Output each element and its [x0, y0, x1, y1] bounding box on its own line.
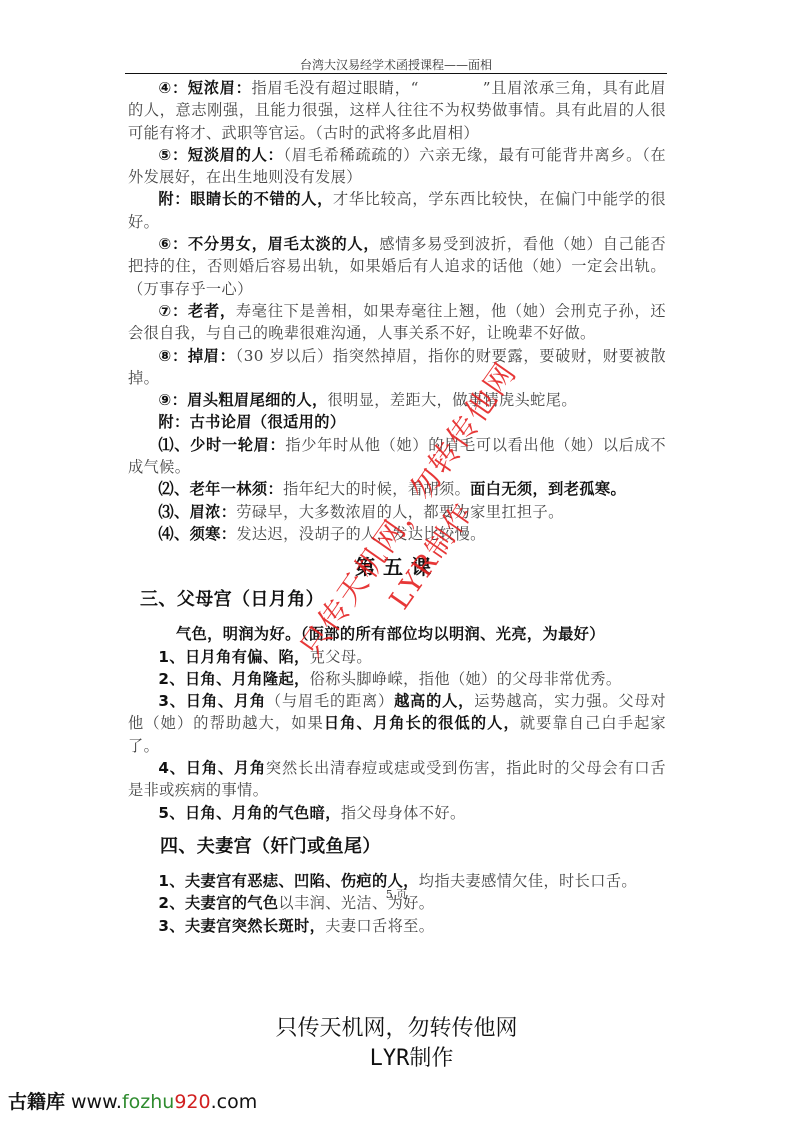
term: 掉眉：	[188, 347, 236, 365]
term: 须寒：	[190, 525, 237, 543]
term: 老年一林须：	[190, 480, 284, 498]
classic-item: ⑵、老年一林须：指年纪大的时候，看胡须。面白无须，到老孤寒。	[128, 478, 666, 500]
paragraph-thin-eyebrow: ⑥：不分男女，眉毛太淡的人，感情多易受到波折，看他（她）自己能否把持的住，否则婚…	[128, 233, 666, 300]
text: 劳碌早，大多数浓眉的人，都要为家里扛担子。	[236, 503, 563, 521]
term: 日角、月角长的很低的人，	[324, 714, 520, 732]
classic-item: ⑴、少时一轮眉：指少年时从他（她）的眉毛可以看出他（她）以后成不成气候。	[128, 434, 666, 479]
term: 4、日角、月角	[158, 759, 266, 777]
url-red: 920	[174, 1091, 210, 1113]
parents-item: 2、日角、月角隆起，俗称头脚峥嵘，指他（她）的父母非常优秀。	[128, 668, 666, 690]
site-name: 古籍库	[8, 1091, 65, 1113]
footer-line-1: 只传天机网，勿转传他网	[0, 1014, 793, 1044]
term: 2、日角、月角隆起，	[158, 670, 309, 688]
parents-palace-note: 气色，明润为好。（面部的所有部位均以明润、光亮，为最好）	[176, 623, 666, 645]
parents-item: 1、日月角有偏、陷，克父母。	[128, 646, 666, 668]
item-number: ⑵、	[158, 480, 189, 498]
text: 俗称头脚峥嵘，指他（她）的父母非常优秀。	[310, 670, 622, 688]
section-title-spouse-palace: 四、夫妻宫（奸门或鱼尾）	[160, 834, 666, 860]
paragraph-short-thin-eyebrow: ⑤：短淡眉的人：（眉毛希稀疏疏的）六亲无缘，最有可能背井离乡。（在外发展好，在出…	[128, 144, 666, 189]
text: 指眉毛没有超过眼睛，“	[252, 79, 419, 97]
term: 少时一轮眉：	[190, 436, 285, 454]
term: 附：眼睛长的不错的人，	[158, 190, 333, 208]
term: 短浓眉：	[188, 79, 252, 97]
paragraph-appendix-classics: 附：古书论眉（很适用的）	[128, 411, 666, 433]
text: 克父母。	[310, 648, 372, 666]
page-number: 5 页	[0, 886, 793, 902]
text: 很明显，差距大，做事情虎头蛇尾。	[328, 391, 577, 409]
section-title-parents-palace: 三、父母宫（日月角）	[140, 587, 666, 613]
spouse-item: 3、夫妻宫突然长斑时，夫妻口舌将至。	[128, 915, 666, 937]
appendix-title: 附：古书论眉（很适用的）	[158, 413, 345, 431]
term: 3、日角、月角	[158, 692, 266, 710]
header-divider	[125, 73, 667, 74]
item-number: ⑶、	[158, 503, 189, 521]
paragraph-falling-eyebrow: ⑧：掉眉：（30 岁以后）指突然掉眉，指你的财要露，要破财，财要被散掉。	[128, 345, 666, 390]
parents-item: 4、日角、月角突然长出清春痘或痣或受到伤害，指此时的父母会有口舌是非或疾病的事情…	[128, 757, 666, 802]
text: （与眉毛的距离）	[266, 692, 394, 710]
lesson-title: 第五课	[128, 553, 666, 581]
term: 眉浓：	[190, 503, 237, 521]
term: 不分男女，眉毛太淡的人，	[188, 235, 379, 253]
emphasis: 面白无须，到老孤寒。	[470, 480, 626, 498]
item-number: ⑴、	[158, 436, 190, 454]
term: 5、日角、月角的气色暗，	[158, 804, 340, 822]
text: 夫妻口舌将至。	[325, 917, 434, 935]
text: 发达迟，没胡子的人，发达比较慢。	[236, 525, 485, 543]
item-number: ⑷、	[158, 525, 189, 543]
term: 老者，	[188, 302, 236, 320]
parents-item: 3、日角、月角（与眉毛的距离）越高的人，运势越高，实力强。父母对他（她）的帮助越…	[128, 690, 666, 757]
page-header: 台湾大汉易经学术函授课程——面相	[125, 56, 667, 73]
term: 短淡眉的人：	[188, 146, 284, 164]
paragraph-elder: ⑦：老者，寿毫往下是善相，如果寿毫往上翘，他（她）会刑克子孙，还会很自我，与自己…	[128, 300, 666, 345]
term: 越高的人，	[394, 692, 474, 710]
classic-item: ⑷、须寒：发达迟，没胡子的人，发达比较慢。	[128, 523, 666, 545]
term: 1、日月角有偏、陷，	[158, 648, 309, 666]
paragraph-thick-head-thin-tail: ⑨：眉头粗眉尾细的人，很明显，差距大，做事情虎头蛇尾。	[128, 389, 666, 411]
term: 3、夫妻宫突然长斑时，	[158, 917, 325, 935]
text: 指年纪大的时候，看胡须。	[283, 480, 470, 498]
document-body: ④：短浓眉：指眉毛没有超过眼睛，“”且眉浓承三角，具有此眉的人，意志刚强，且能力…	[128, 77, 666, 937]
item-number: ⑦：	[158, 302, 188, 320]
url-suffix: .com	[211, 1091, 258, 1113]
site-brand: 古籍库www.fozhu920.com	[8, 1087, 257, 1114]
item-number: ⑨：	[158, 391, 187, 409]
url-prefix: www.	[71, 1091, 122, 1113]
text: 指父母身体不好。	[341, 804, 466, 822]
footer-line-2: LYR制作	[0, 1044, 793, 1074]
item-number: ④：	[158, 79, 188, 97]
term: 眉头粗眉尾细的人，	[187, 391, 327, 409]
classic-item: ⑶、眉浓：劳碌早，大多数浓眉的人，都要为家里扛担子。	[128, 501, 666, 523]
item-number: ⑧：	[158, 347, 187, 365]
paragraph-short-thick-eyebrow: ④：短浓眉：指眉毛没有超过眼睛，“”且眉浓承三角，具有此眉的人，意志刚强，且能力…	[128, 77, 666, 144]
parents-item: 5、日角、月角的气色暗，指父母身体不好。	[128, 802, 666, 824]
footer-note: 只传天机网，勿转传他网 LYR制作	[0, 1014, 793, 1074]
item-number: ⑥：	[158, 235, 188, 253]
paragraph-appendix-eyes: 附：眼睛长的不错的人，才华比较高，学东西比较快，在偏门中能学的很好。	[128, 188, 666, 233]
item-number: ⑤：	[158, 146, 188, 164]
url-green: fozhu	[122, 1091, 174, 1113]
